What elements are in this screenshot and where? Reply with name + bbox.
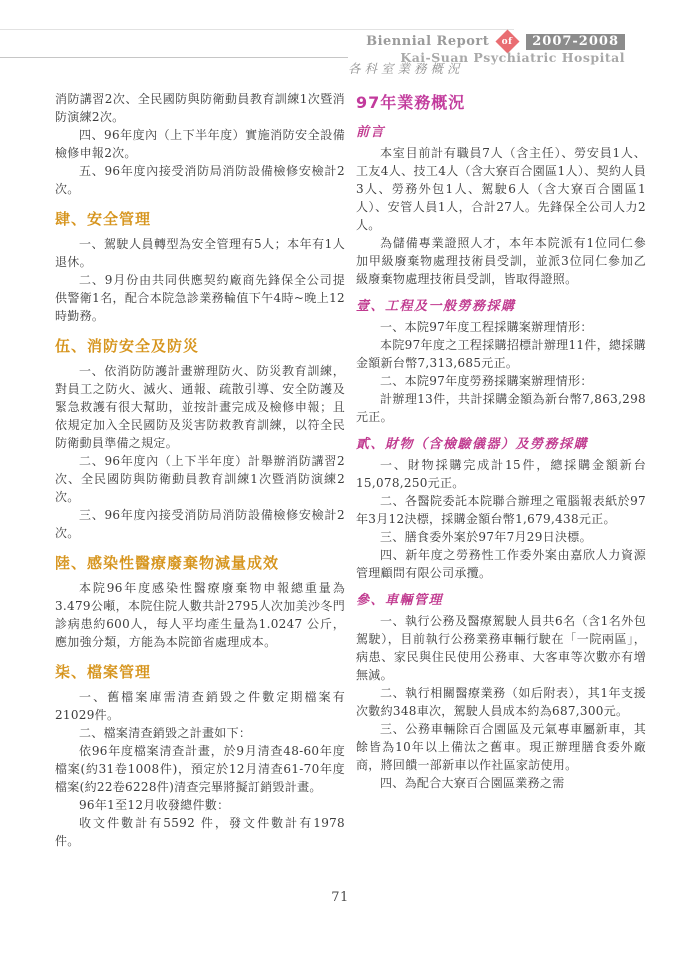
paragraph: 一、依消防防護計畫辦理防火、防災教育訓練，對員工之防火、滅火、通報、疏散引導、安…: [55, 362, 345, 452]
section-heading: 壹、工程及一般勞務採購: [356, 295, 646, 314]
report-banner: Biennial Report of 2007-2008: [366, 33, 625, 50]
paragraph: 本室目前計有職員7人（含主任）、勞安員1人、工友4人、技工4人（含大寮百合園區1…: [356, 144, 646, 234]
paragraph: 二、檔案清查銷毀之計畫如下：: [55, 724, 345, 742]
paragraph: 收文件數計有5592 件，發文件數計有1978 件。: [55, 814, 345, 850]
report-title: Biennial Report: [366, 34, 489, 49]
years-badge: 2007-2008: [526, 34, 625, 50]
paragraph: 二、本院97年度勞務採購案辦理情形：: [356, 372, 646, 390]
section-heading: 伍、消防安全及防災: [55, 335, 345, 356]
paragraph: 本院97年度之工程採購招標計辦理11件，總採購金額新台幣7,313,685元正。: [356, 336, 646, 372]
paragraph: 二、9月份由共同供應契約廠商先鋒保全公司提供警衛1名，配合本院急診業務輪值下午4…: [55, 271, 345, 325]
paragraph: 一、執行公務及醫療駕駛人員共6名（含1名外包駕駛），目前執行公務業務車輛行駛在「…: [356, 612, 646, 684]
paragraph: 四、為配合大寮百合園區業務之需: [356, 774, 646, 792]
paragraph: 為儲備專業證照人才，本年本院派有1位同仁參加甲級廢棄物處理技術員受訓，並派3位同…: [356, 234, 646, 288]
left-column: 消防講習2次、全民國防與防衛動員教育訓練1次暨消防演練2次。四、96年度內（上下…: [55, 90, 345, 850]
paragraph: 一、財物採購完成計15件，總採購金額新台15,078,250元正。: [356, 456, 646, 492]
paragraph: 五、96年度內接受消防局消防設備檢修安檢計2次。: [55, 162, 345, 198]
paragraph: 96年1至12月收發總件數：: [55, 796, 345, 814]
paragraph: 二、96年度內（上下半年度）計舉辦消防講習2次、全民國防與防衛動員教育訓練1次暨…: [55, 452, 345, 506]
paragraph: 三、96年度內接受消防局消防設備檢修安檢計2次。: [55, 506, 345, 542]
paragraph: 三、膳食委外案於97年7月29日決標。: [356, 528, 646, 546]
header-rule-top: [0, 29, 514, 30]
right-column: 97年業務概況前言本室目前計有職員7人（含主任）、勞安員1人、工友4人、技工4人…: [356, 90, 646, 850]
section-heading: 陸、感染性醫療廢棄物減量成效: [55, 552, 345, 573]
header-rule: [0, 57, 348, 58]
paragraph: 四、96年度內（上下半年度）實施消防安全設備檢修申報2次。: [55, 126, 345, 162]
paragraph: 四、新年度之勞務性工作委外案由嘉欣人力資源管理顧問有限公司承攬。: [356, 546, 646, 582]
section-heading: 97年業務概況: [356, 90, 646, 113]
paragraph: 本院96年度感染性醫療廢棄物申報總重量為3.479公噸，本院住院人數共計2795…: [55, 579, 345, 651]
section-heading: 前言: [356, 121, 646, 140]
paragraph: 二、執行相關醫療業務（如后附表），其1年支援次數約348車次，駕駛人員成本約為6…: [356, 684, 646, 720]
section-heading: 柒、檔案管理: [55, 661, 345, 682]
paragraph: 依96年度檔案清查計畫，於9月清查48-60年度 檔案(約31卷1008件)，預…: [55, 742, 345, 796]
paragraph: 三、公務車輛除百合園區及元氣專車屬新車，其餘皆為10年以上備汰之舊車。現正辦理膳…: [356, 720, 646, 774]
paragraph: 消防講習2次、全民國防與防衛動員教育訓練1次暨消防演練2次。: [55, 90, 345, 126]
paragraph: 計辦理13件，共計採購金額為新台幣7,863,298元正。: [356, 390, 646, 426]
text-columns: 消防講習2次、全民國防與防衛動員教育訓練1次暨消防演練2次。四、96年度內（上下…: [55, 90, 646, 850]
page-number: 71: [0, 890, 680, 905]
section-heading: 貳、財物（含檢驗儀器）及勞務採購: [356, 433, 646, 452]
section-heading: 肆、安全管理: [55, 208, 345, 229]
paragraph: 一、本院97年度工程採購案辦理情形：: [356, 318, 646, 336]
section-heading: 參、車輛管理: [356, 589, 646, 608]
paragraph: 一、駕駛人員轉型為安全管理有5人；本年有1人退休。: [55, 235, 345, 271]
section-label: 各科室業務概況: [348, 59, 464, 77]
paragraph: 一、舊檔案庫需清查銷毀之件數定期檔案有21029件。: [55, 688, 345, 724]
paragraph: 二、各醫院委託本院聯合辦理之電腦報表紙於97年3月12決標，採購金額台幣1,67…: [356, 492, 646, 528]
report-page: Biennial Report of 2007-2008 Kai-Suan Ps…: [0, 0, 680, 954]
